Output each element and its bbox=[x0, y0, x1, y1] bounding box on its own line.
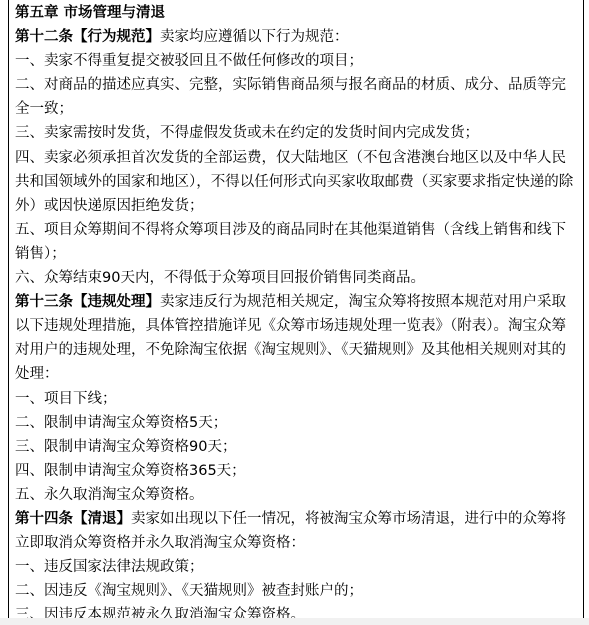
chapter-heading-text: 第五章 市场管理与清退 bbox=[15, 5, 165, 21]
clause-13-item-2: 二、限制申请淘宝众筹资格5天； bbox=[15, 411, 579, 435]
clause-13-item-3: 三、限制申请淘宝众筹资格90天； bbox=[15, 435, 579, 459]
rules-document-cell: 第五章 市场管理与清退 第十二条【行为规范】卖家均应遵循以下行为规范： 一、卖家… bbox=[8, 0, 584, 618]
clause-13-item-4: 四、限制申请淘宝众筹资格365天； bbox=[15, 459, 579, 483]
clause-14-item-1: 一、违反国家法律法规政策； bbox=[15, 555, 579, 579]
clause-12-item-2: 二、对商品的描述应真实、完整，实际销售商品须与报名商品的材质、成分、品质等完全一… bbox=[15, 73, 579, 121]
clause-12-title: 第十二条【行为规范】 bbox=[15, 29, 160, 45]
clause-12-item-5: 五、项目众筹期间不得将众筹项目涉及的商品同时在其他渠道销售（含线上销售和线下销售… bbox=[15, 218, 579, 266]
document-viewport: 第五章 市场管理与清退 第十二条【行为规范】卖家均应遵循以下行为规范： 一、卖家… bbox=[0, 0, 589, 625]
clause-13-intro: 第十三条【违规处理】卖家违反行为规范相关规定，淘宝众筹将按照本规范对用户采取以下… bbox=[15, 290, 579, 386]
clause-12-item-6: 六、众筹结束90天内，不得低于众筹项目回报价销售同类商品。 bbox=[15, 266, 579, 290]
clause-13-item-5: 五、永久取消淘宝众筹资格。 bbox=[15, 483, 579, 507]
clause-12-item-4: 四、卖家必须承担首次发货的全部运费，仅大陆地区（不包含港澳台地区以及中华人民共和… bbox=[15, 146, 579, 218]
clause-14-item-2: 二、因违反《淘宝规则》、《天猫规则》被查封账户的； bbox=[15, 579, 579, 603]
clause-12-intro: 第十二条【行为规范】卖家均应遵循以下行为规范： bbox=[15, 25, 579, 49]
clause-13-title: 第十三条【违规处理】 bbox=[15, 294, 160, 310]
clause-12-item-3: 三、卖家需按时发货，不得虚假发货或未在约定的发货时间内完成发货； bbox=[15, 121, 579, 145]
clause-14-title: 第十四条【清退】 bbox=[15, 511, 131, 527]
clause-13-item-1: 一、项目下线； bbox=[15, 387, 579, 411]
window-bottom-strip bbox=[0, 618, 589, 625]
chapter-heading: 第五章 市场管理与清退 bbox=[15, 1, 579, 25]
clause-14-item-3: 三、因违反本规范被永久取消淘宝众筹资格。 bbox=[15, 603, 579, 618]
clause-12-item-1: 一、卖家不得重复提交被驳回且不做任何修改的项目； bbox=[15, 49, 579, 73]
clause-12-text: 卖家均应遵循以下行为规范： bbox=[160, 29, 349, 45]
clause-14-intro: 第十四条【清退】卖家如出现以下任一情况，将被淘宝众筹市场清退，进行中的众筹将立即… bbox=[15, 507, 579, 555]
